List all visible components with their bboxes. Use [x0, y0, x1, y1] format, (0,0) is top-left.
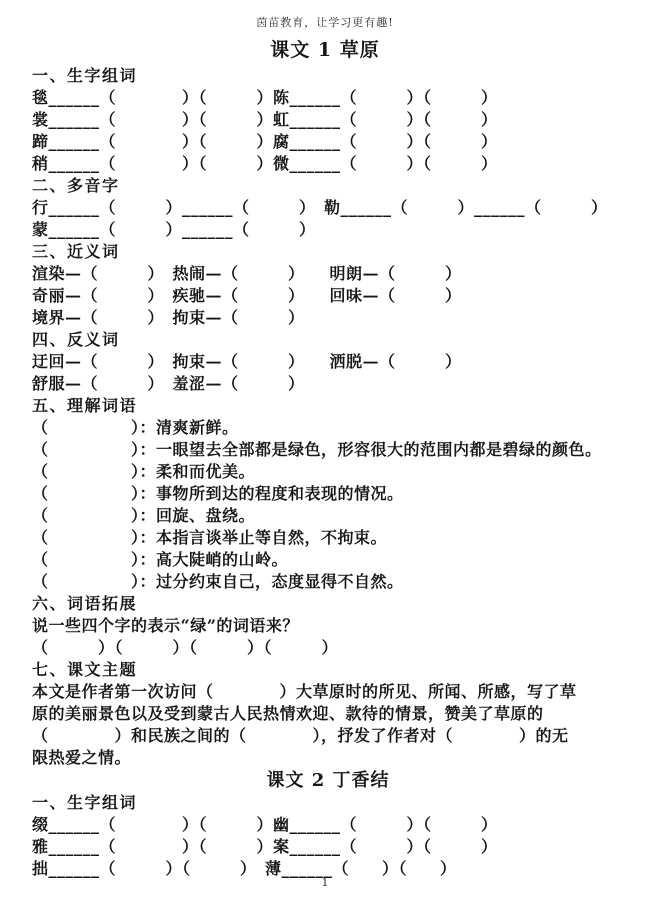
fill-blank-row: 舒服—（ ） 羞涩—（ ） — [32, 373, 624, 395]
lesson1-section1-heading: 一、生字组词 — [32, 65, 624, 87]
lesson2-section1-heading: 一、生字组词 — [32, 792, 624, 814]
definition-row: （ ）：高大陡峭的山岭。 — [32, 549, 624, 571]
definition-row: （ ）：清爽新鲜。 — [32, 417, 624, 439]
definition-row: （ ）：本指言谈举止等自然，不拘束。 — [32, 527, 624, 549]
worksheet-content: 一、生字组词 毯______（ ）（ ）陈______（ ）（ ） 裳_____… — [0, 65, 650, 880]
fill-blank-row: 渲染—（ ） 热闹—（ ） 明朗—（ ） — [32, 263, 624, 285]
paragraph-line: 限热爱之情。 — [32, 747, 624, 769]
definition-row: （ ）：一眼望去全部都是绿色，形容很大的范围内都是碧绿的颜色。 — [32, 439, 624, 461]
fill-blank-row: 境界—（ ） 拘束—（ ） — [32, 307, 624, 329]
fill-blank-row: 奇丽—（ ） 疾驰—（ ） 回味—（ ） — [32, 285, 624, 307]
fill-blank-row: 迂回—（ ） 拘束—（ ） 洒脱—（ ） — [32, 351, 624, 373]
paragraph-line: 本文是作者第一次访问（ ）大草原时的所见、所闻、所感，写了草 — [32, 681, 624, 703]
lesson1-section7-heading: 七、课文主题 — [32, 659, 624, 681]
fill-blank-row: 蹄______（ ）（ ）腐______（ ）（ ） — [32, 131, 624, 153]
lesson2-title: 课文 2 丁香结 — [32, 769, 624, 792]
lesson1-section2-heading: 二、多音字 — [32, 175, 624, 197]
lesson1-section3-heading: 三、近义词 — [32, 241, 624, 263]
fill-blank-row: 裳______（ ）（ ）虹______（ ）（ ） — [32, 109, 624, 131]
lesson1-section5-heading: 五、理解词语 — [32, 395, 624, 417]
brand-slogan: 茵苗教育，让学习更有趣! — [0, 0, 650, 30]
fill-blank-row: 缀______（ ）（ ）幽______（ ）（ ） — [32, 814, 624, 836]
fill-blank-row: 雅______（ ）（ ）案______（ ）（ ） — [32, 836, 624, 858]
lesson1-section4-heading: 四、反义词 — [32, 329, 624, 351]
definition-row: （ ）：事物所到达的程度和表现的情况。 — [32, 483, 624, 505]
paragraph-line: （ ）和民族之间的（ ），抒发了作者对（ ）的无 — [32, 725, 624, 747]
fill-blank-row: （ ）（ ）（ ）（ ） — [32, 637, 624, 659]
definition-row: （ ）：柔和而优美。 — [32, 461, 624, 483]
page-number: 1 — [0, 876, 650, 889]
definition-row: （ ）：过分约束自己，态度显得不自然。 — [32, 571, 624, 593]
fill-blank-row: 蒙______（ ）______（ ） — [32, 219, 624, 241]
definition-row: （ ）：回旋、盘绕。 — [32, 505, 624, 527]
fill-blank-row: 稍______（ ）（ ）微______（ ）（ ） — [32, 153, 624, 175]
worksheet-page: 茵苗教育，让学习更有趣! 课文 1 草原 一、生字组词 毯______（ ）（ … — [0, 0, 650, 920]
fill-blank-row: 行______（ ）______（ ） 勒______（ ）______（ ） — [32, 197, 624, 219]
fill-blank-row: 毯______（ ）（ ）陈______（ ）（ ） — [32, 87, 624, 109]
lesson1-section6-heading: 六、词语拓展 — [32, 593, 624, 615]
paragraph-line: 原的美丽景色以及受到蒙古人民热情欢迎、款待的情景，赞美了草原的 — [32, 703, 624, 725]
prompt-line: 说一些四个字的表示“绿”的词语来？ — [32, 615, 624, 637]
lesson1-title: 课文 1 草原 — [0, 37, 650, 63]
